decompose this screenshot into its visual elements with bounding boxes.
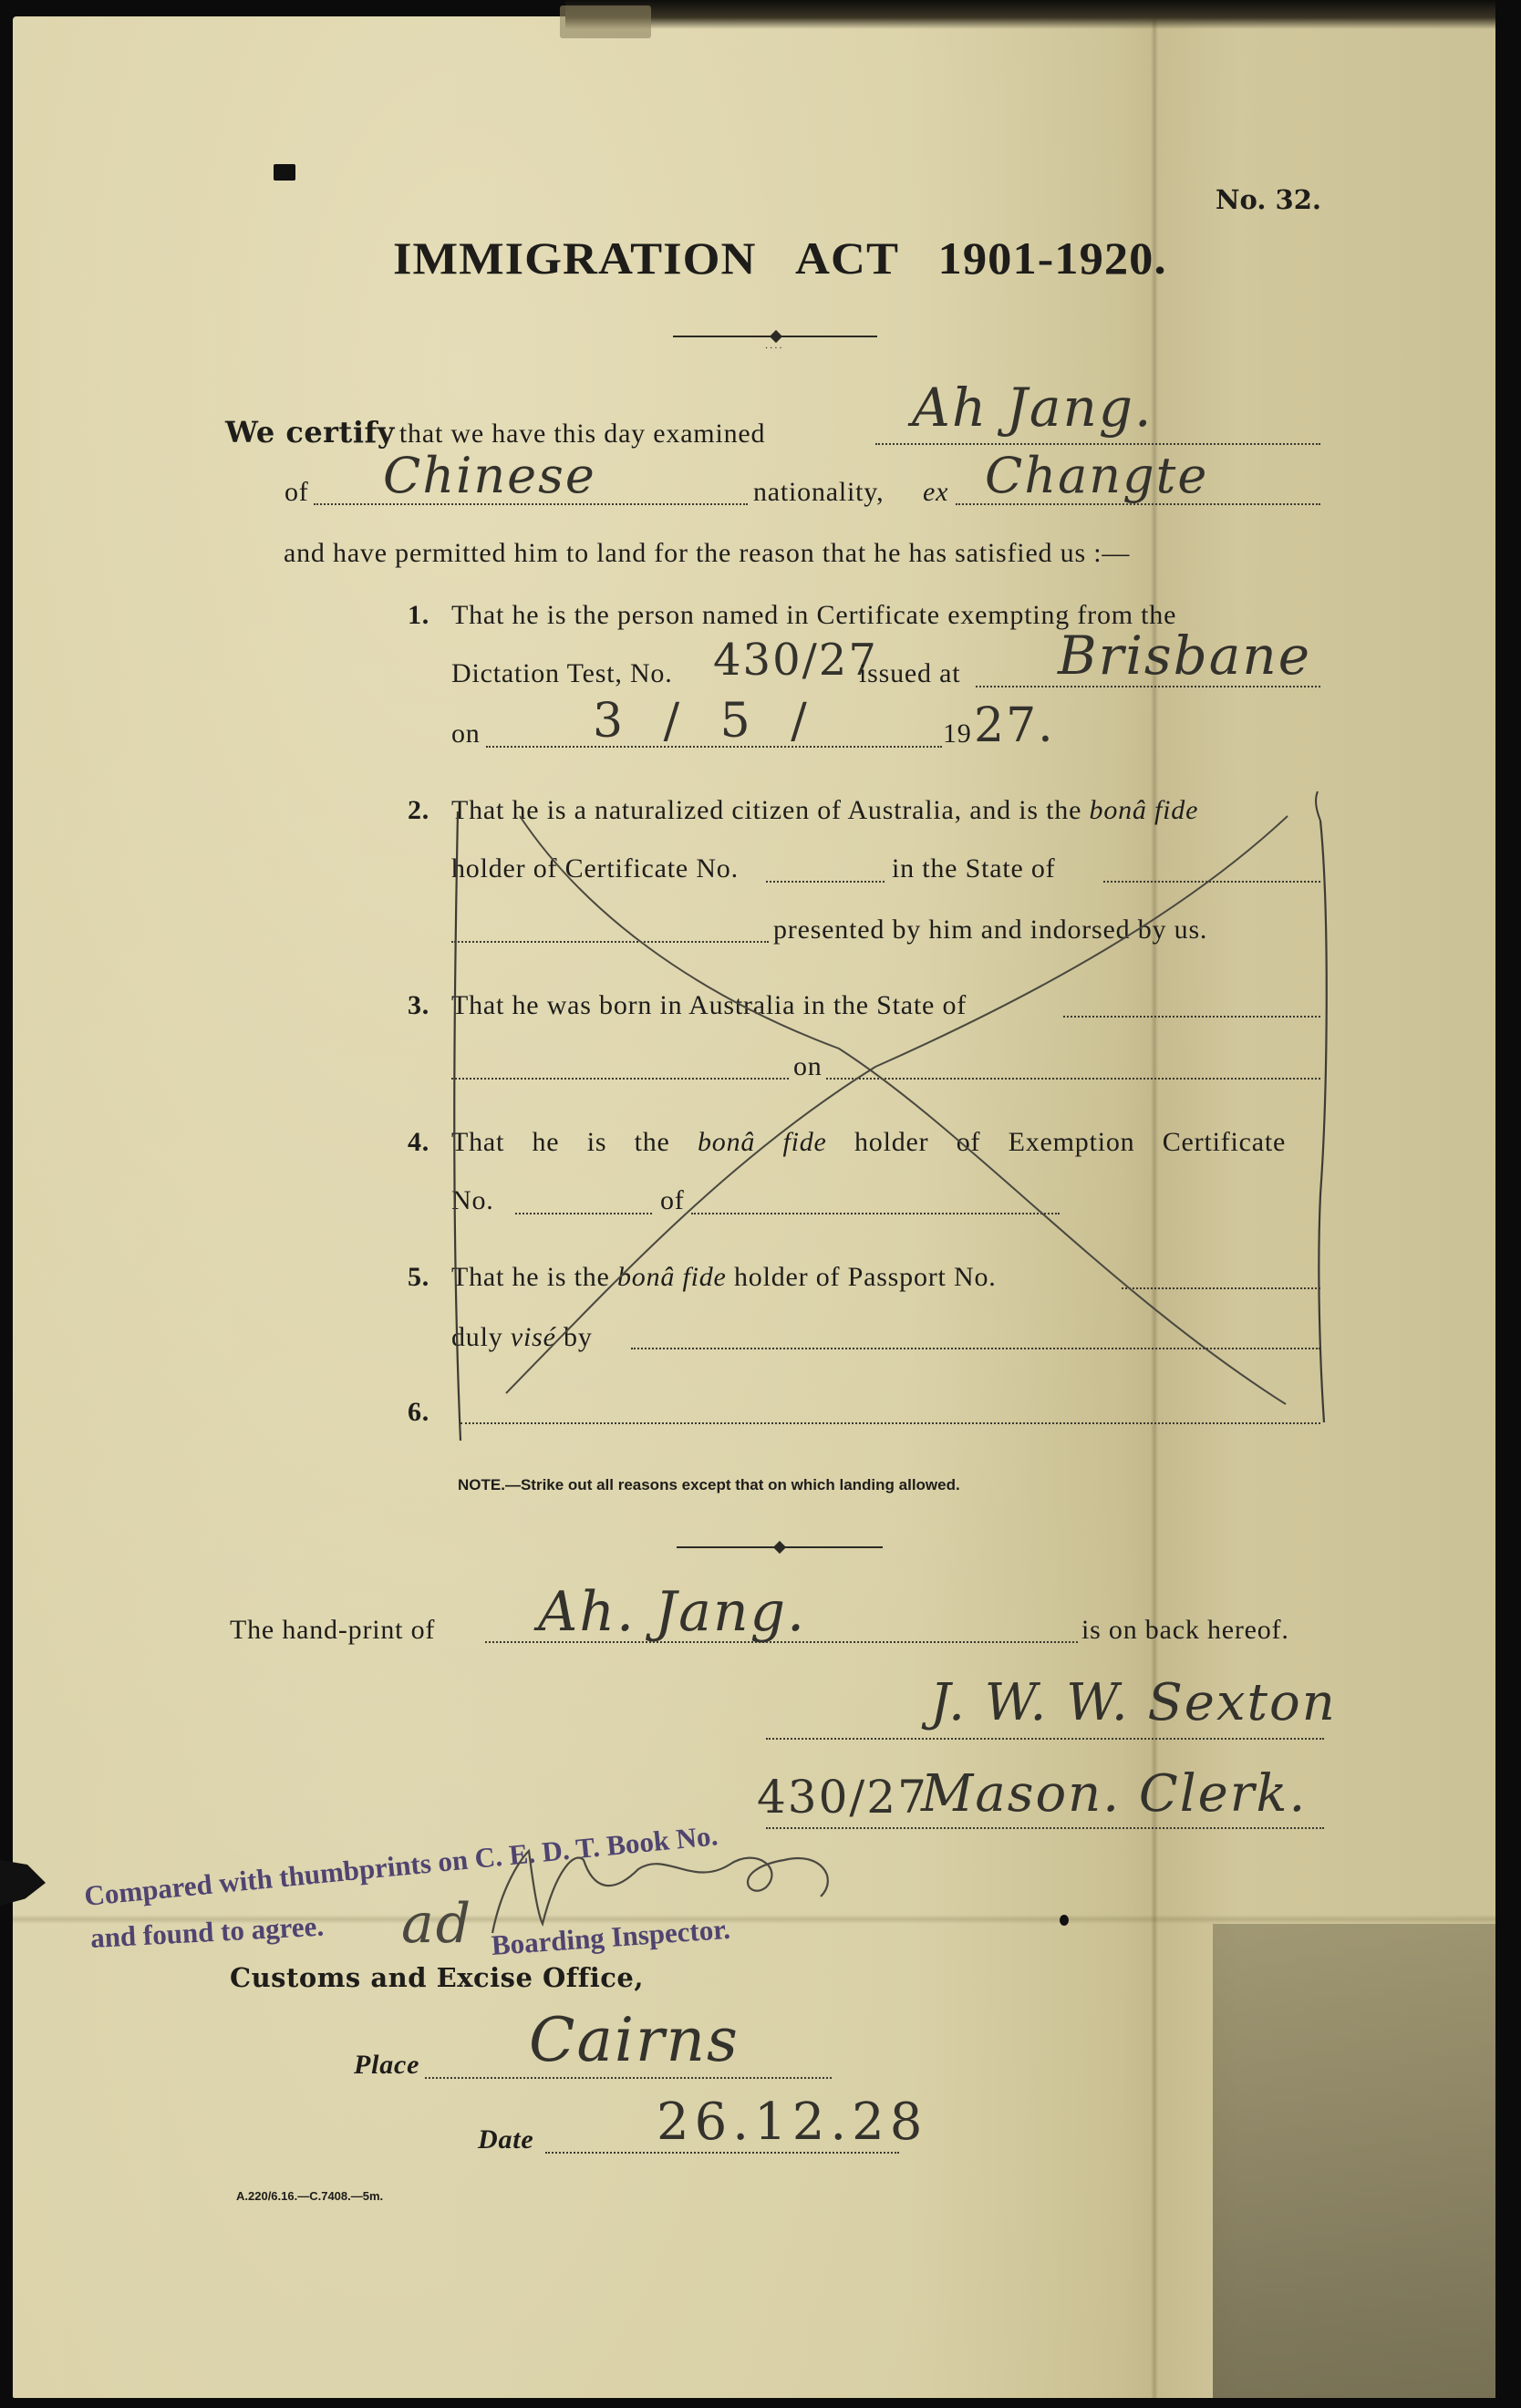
reason-4-of-label: of — [660, 1187, 685, 1214]
vertical-fold-crease — [1151, 16, 1158, 2398]
reason-4-number: 4. — [408, 1129, 429, 1156]
reason-6-field-line — [460, 1422, 1320, 1424]
reason-4-text: That he is the — [451, 1127, 670, 1157]
reason-4-no-label: No. — [451, 1187, 494, 1214]
reason-4-bona-fide: bonâ fide — [698, 1127, 827, 1157]
note-text: —Strike out all reasons except that on w… — [505, 1476, 960, 1493]
reason-4-of-field-line — [691, 1213, 1060, 1214]
reason-3-number: 3. — [408, 992, 429, 1019]
form-number: No. 32. — [1216, 187, 1321, 213]
nationality-label: nationality, — [753, 479, 884, 506]
scan-border-right — [1495, 0, 1521, 2408]
paper-tear — [560, 5, 651, 38]
reason-1-number: 1. — [408, 602, 429, 629]
year-prefix: 19 — [943, 720, 972, 748]
reason-5-text-post: holder of Passport No. — [734, 1262, 997, 1292]
reason-3-state-field-line — [1063, 1016, 1320, 1018]
reason-6-number: 6. — [408, 1399, 429, 1426]
reason-2-number: 2. — [408, 797, 429, 824]
note-label: NOTE. — [458, 1476, 505, 1493]
punch-hole — [274, 164, 295, 181]
issued-at-label: issued at — [859, 660, 960, 687]
duly-label: duly — [451, 1322, 503, 1352]
date-field-line — [545, 2152, 899, 2154]
nationality-value: Chinese — [383, 451, 596, 501]
divider-dots: ···· — [765, 345, 784, 354]
fold-shadow — [1213, 1924, 1505, 2398]
reason-4-line1: That he is the bonâ fide holder of Exemp… — [451, 1129, 1286, 1156]
certify-line: We certify that we have this day examine… — [225, 418, 765, 448]
officer-signature: J. W. W. Sexton — [930, 1678, 1337, 1729]
date-value: 26.12.28 — [657, 2097, 927, 2148]
place-value: Cairns — [529, 2010, 740, 2071]
reason-5-bona-fide: bonâ fide — [617, 1262, 727, 1292]
torn-top-edge — [565, 0, 1521, 29]
year-value: 27. — [974, 702, 1055, 749]
vise-by-field-line — [631, 1348, 1320, 1349]
document-title: IMMIGRATION ACT 1901-1920. — [393, 235, 1167, 281]
inspector-signature-scribble — [456, 1833, 875, 1951]
of-label: of — [285, 479, 309, 506]
examined-name-field-line — [875, 443, 1320, 445]
title-word-1: IMMIGRATION — [393, 233, 756, 284]
place-field-line — [425, 2077, 832, 2079]
issue-date-value: 3 / 5 / — [593, 698, 820, 745]
reason-3-date-field-line — [826, 1078, 1320, 1080]
reason-2-line3: presented by him and indorsed by us. — [773, 916, 1207, 944]
reason-3-on-label: on — [793, 1053, 823, 1080]
certify-lead: We certify — [225, 415, 395, 450]
passport-no-field-line — [1122, 1287, 1320, 1289]
reason-1-on-label: on — [451, 720, 481, 748]
reason-2-text: That he is a naturalized citizen of Aust… — [451, 795, 1081, 825]
reason-3-line1: That he was born in Australia in the Sta… — [451, 992, 967, 1019]
ink-blot — [1060, 1915, 1069, 1926]
clerk-signature: Mason. Clerk. — [921, 1769, 1307, 1820]
reason-3-born-field-line — [451, 1078, 789, 1080]
title-word-3: 1901-1920. — [938, 233, 1167, 284]
permitted-text: and have permitted him to land for the r… — [284, 540, 1130, 567]
title-word-2: ACT — [795, 233, 899, 284]
by-label: by — [564, 1322, 593, 1352]
reason-2-holder-label: holder of Certificate No. — [451, 855, 739, 883]
reason-5-line2: duly visé by — [451, 1324, 593, 1351]
reason-2-presented-field-line — [451, 941, 769, 943]
reason-4-no-field-line — [515, 1213, 652, 1214]
reason-2-line1: That he is a naturalized citizen of Aust… — [451, 797, 1198, 824]
ex-label: ex — [923, 479, 948, 506]
reason-4-text-post: holder of Exemption Certificate — [854, 1127, 1286, 1157]
handprint-label: The hand-print of — [230, 1617, 435, 1644]
clerk-signature-line — [766, 1827, 1324, 1829]
certify-text: that we have this day examined — [399, 419, 765, 449]
reason-2-state-label: in the State of — [892, 855, 1055, 883]
vise-label: visé — [511, 1322, 556, 1352]
print-code: A.220/6.16.—C.7408.—5m. — [236, 2190, 383, 2202]
reason-2-bona-fide: bonâ fide — [1090, 795, 1199, 825]
examined-name-value: Ah Jang. — [912, 381, 1153, 434]
reason-1-dictation-label: Dictation Test, No. — [451, 660, 673, 687]
reason-2-state-field-line — [1103, 881, 1320, 883]
customs-office-heading: Customs and Excise Office, — [230, 1965, 644, 1991]
reason-2-certificate-field-line — [766, 881, 885, 883]
officer-signature-line — [766, 1738, 1324, 1740]
date-label: Date — [478, 2126, 534, 2154]
dictation-certificate-no: 430/27 — [713, 638, 878, 682]
strike-out-note: NOTE.—Strike out all reasons except that… — [458, 1477, 960, 1493]
handprint-suffix: is on back hereof. — [1081, 1617, 1289, 1644]
reason-5-text: That he is the — [451, 1262, 610, 1292]
place-label: Place — [354, 2051, 419, 2079]
issued-at-value: Brisbane — [1058, 629, 1311, 682]
reason-5-line1: That he is the bonâ fide holder of Passp… — [451, 1264, 997, 1291]
ex-vessel-value: Changte — [985, 451, 1208, 501]
stamp-book-no: 430/27 — [757, 1774, 928, 1820]
handprint-name-value: Ah. Jang. — [538, 1585, 806, 1639]
reason-5-number: 5. — [408, 1264, 429, 1291]
